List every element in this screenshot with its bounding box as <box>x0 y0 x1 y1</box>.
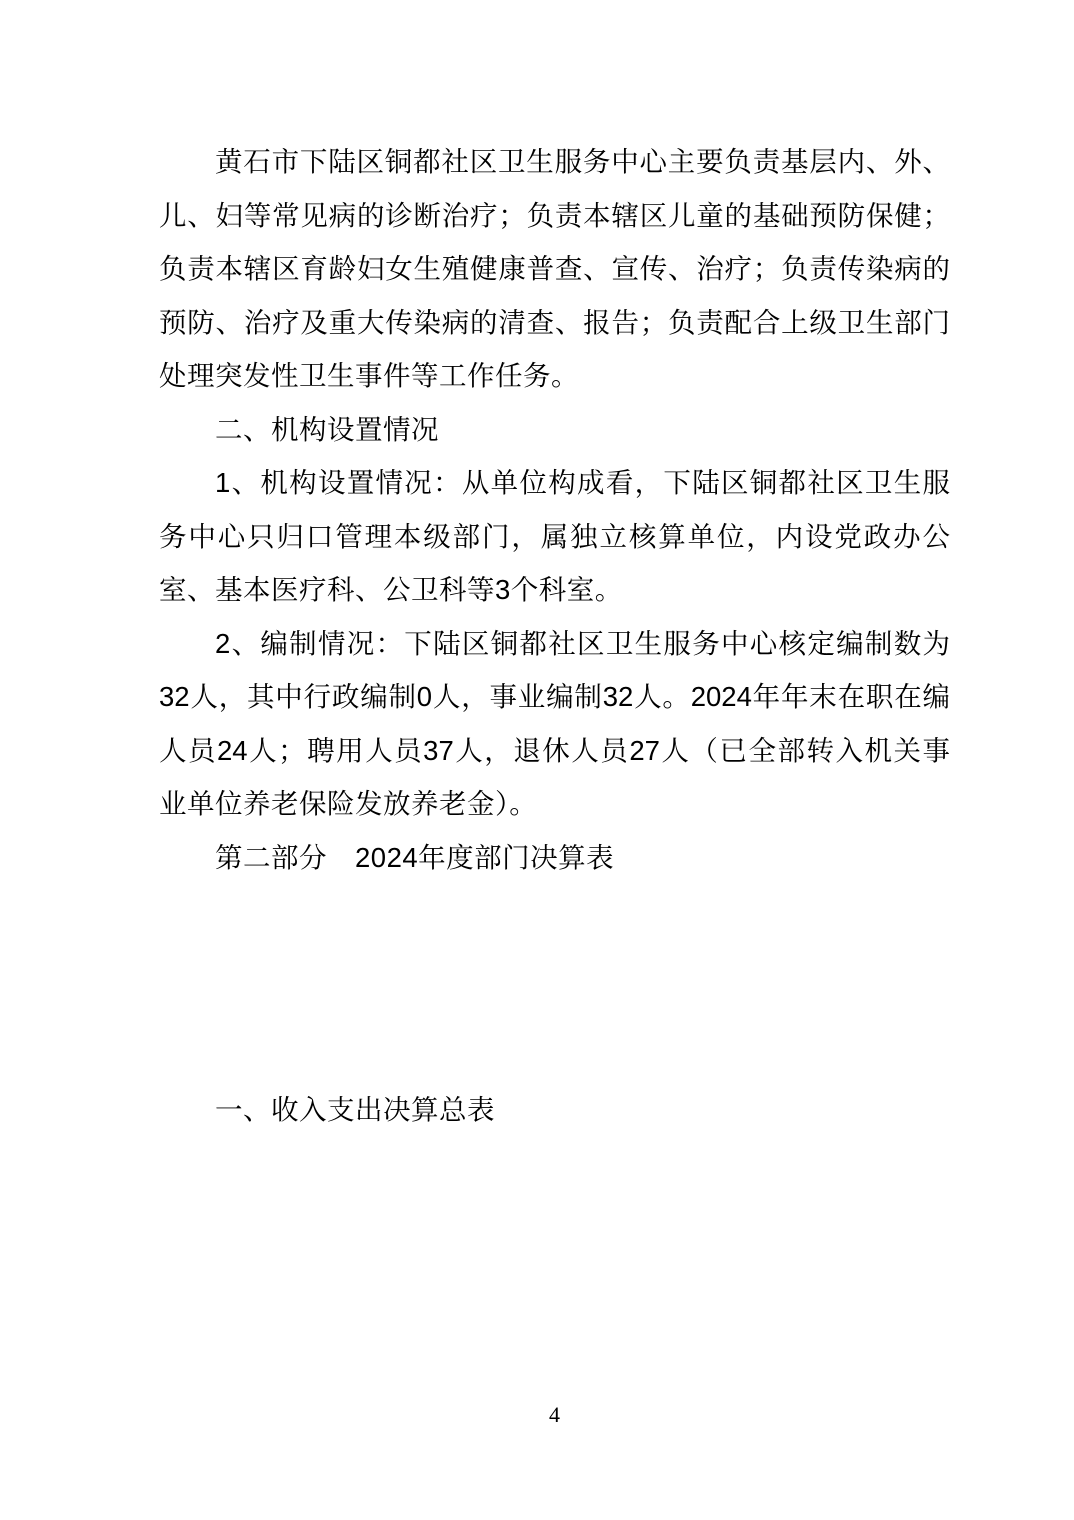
overview-paragraph-line: 预防、治疗及重大传染病的清查、报告；负责配合上级卫生部门 <box>159 296 950 350</box>
org-setup-heading: 二、机构设置情况 <box>159 403 950 457</box>
body-text-block: 黄石市下陆区铜都社区卫生服务中心主要负责基层内、外、 儿、妇等常见病的诊断治疗；… <box>159 135 950 884</box>
table1-heading: 一、收入支出决算总表 <box>159 1083 1006 1137</box>
overview-paragraph-line: 黄石市下陆区铜都社区卫生服务中心主要负责基层内、外、 <box>159 135 950 189</box>
staffing-paragraph-line: 2、编制情况：下陆区铜都社区卫生服务中心核定编制数为 <box>159 617 950 671</box>
staffing-paragraph-line: 业单位养老保险发放养老金）。 <box>159 777 950 831</box>
org-setup-paragraph-line: 室、基本医疗科、公卫科等3个科室。 <box>159 563 950 617</box>
staffing-paragraph-line: 人员24人；聘用人员37人，退休人员27人（已全部转入机关事 <box>159 724 950 778</box>
part2-heading: 第二部分 2024年度部门决算表 <box>159 831 950 885</box>
page-number: 4 <box>159 1400 950 1430</box>
org-setup-paragraph-line: 务中心只归口管理本级部门，属独立核算单位，内设党政办公 <box>159 510 950 564</box>
overview-paragraph-line: 处理突发性卫生事件等工作任务。 <box>159 349 950 403</box>
overview-paragraph-line: 儿、妇等常见病的诊断治疗；负责本辖区儿童的基础预防保健； <box>159 189 950 243</box>
document-page: 黄石市下陆区铜都社区卫生服务中心主要负责基层内、外、 儿、妇等常见病的诊断治疗；… <box>0 0 1074 1520</box>
overview-paragraph-line: 负责本辖区育龄妇女生殖健康普查、宣传、治疗；负责传染病的 <box>159 242 950 296</box>
org-setup-paragraph-line: 1、机构设置情况：从单位构成看，下陆区铜都社区卫生服 <box>159 456 950 510</box>
staffing-paragraph-line: 32人，其中行政编制0人，事业编制32人。2024年年末在职在编 <box>159 670 950 724</box>
